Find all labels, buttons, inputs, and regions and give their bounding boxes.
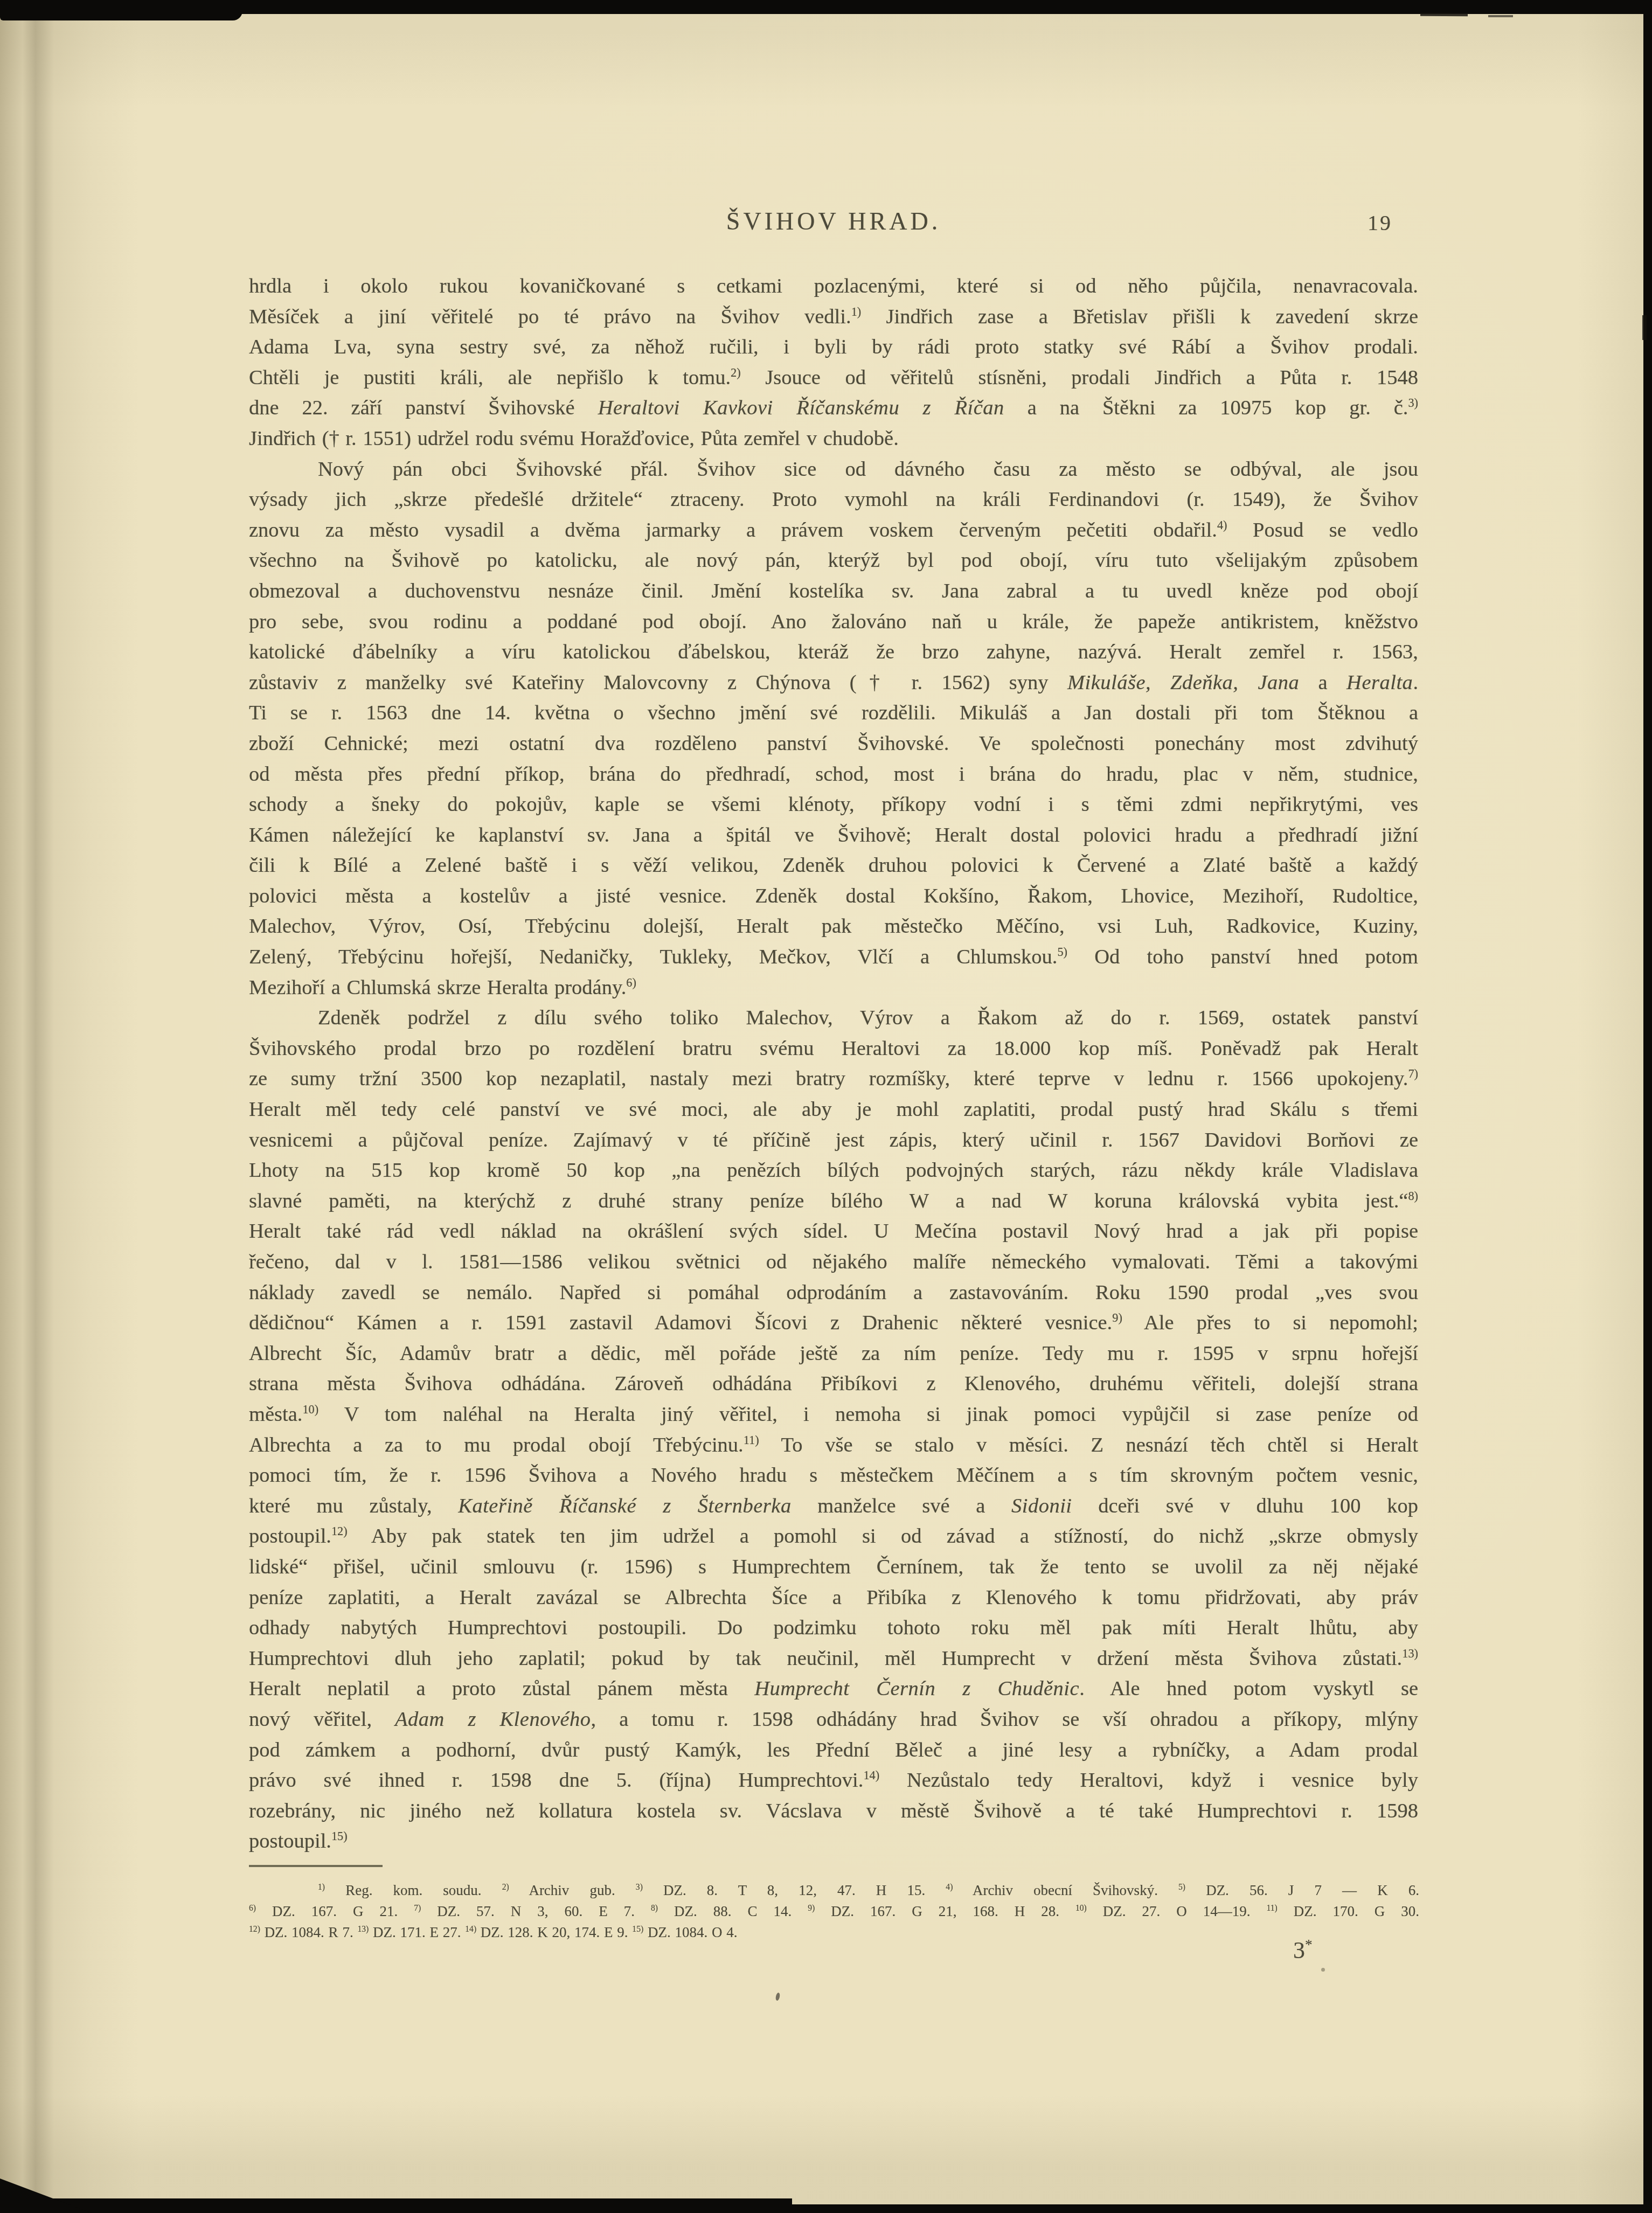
- text-line: peníze zaplatiti, a Heralt zavázal se Al…: [249, 1583, 1418, 1613]
- text-line: pomoci tím, že r. 1596 Švihova a Nového …: [249, 1460, 1418, 1491]
- text-line: čili k Bílé a Zelené baště i s věží veli…: [249, 850, 1418, 881]
- text-line: Mezihoří a Chlumská skrze Heralta prodán…: [249, 973, 1418, 1003]
- text-line: Lhoty na 515 kop kromě 50 kop „na penězí…: [249, 1155, 1418, 1186]
- ink-dot: [1321, 1968, 1325, 1972]
- text-line: Kámen náležející ke kaplanství sv. Jana …: [249, 820, 1418, 851]
- scan-border-top-left: [0, 0, 242, 20]
- text-line: zboží Cehnické; mezi ostatní dva rozděle…: [249, 729, 1418, 759]
- signature-mark: 3*: [1293, 1937, 1313, 1964]
- text-line: 1) Reg. kom. soudu. 2) Archiv gub. 3) DZ…: [249, 1880, 1419, 1901]
- paragraph: Nový pán obci Švihovské přál. Švihov sic…: [249, 454, 1418, 1003]
- text-line: Albrecht Šíc, Adamův bratr a dědic, měl …: [249, 1338, 1418, 1369]
- text-line: Ti se r. 1563 dne 14. května o všechno j…: [249, 698, 1418, 729]
- text-line: odhady nabytých Humprechtovi postoupili.…: [249, 1613, 1418, 1643]
- text-line: polovici města a kostelův a jisté vesnic…: [249, 881, 1418, 912]
- text-line: dědičnou“ Kámen a r. 1591 zastavil Adamo…: [249, 1308, 1418, 1338]
- scan-border-bottom-left: [0, 2198, 792, 2213]
- text-line: znovu za město vysadil a dvěma jarmarky …: [249, 515, 1418, 546]
- text-line: Zelený, Třebýcinu hořejší, Nedaničky, Tu…: [249, 942, 1418, 973]
- text-line: Švihovského prodal brzo po rozdělení bra…: [249, 1033, 1418, 1064]
- footnote-separator-rule: [249, 1865, 383, 1867]
- ink-speck: [775, 1992, 781, 2001]
- text-line: od města přes přední příkop, brána do př…: [249, 759, 1418, 790]
- text-line: řečeno, dal v l. 1581—1586 velikou světn…: [249, 1247, 1418, 1278]
- text-line: 12) DZ. 1084. R 7. 13) DZ. 171. E 27. 14…: [249, 1922, 1419, 1943]
- text-line: Chtěli je pustiti králi, ale nepřišlo k …: [249, 363, 1418, 393]
- text-line: Zdeněk podržel z dílu svého toliko Malec…: [249, 1003, 1418, 1033]
- text-line: Nový pán obci Švihovské přál. Švihov sic…: [249, 454, 1418, 485]
- text-line: schody a šneky do pokojův, kaple se všem…: [249, 789, 1418, 820]
- text-line: 6) DZ. 167. G 21. 7) DZ. 57. N 3, 60. E …: [249, 1901, 1419, 1922]
- scan-artifact-dash: [1488, 15, 1513, 17]
- signature-star: *: [1305, 1937, 1313, 1953]
- footnotes: 1) Reg. kom. soudu. 2) Archiv gub. 3) DZ…: [249, 1880, 1419, 1943]
- text-line: pro sebe, svou rodinu a poddané pod oboj…: [249, 607, 1418, 637]
- text-line: Albrechta a za to mu prodal obojí Třebýc…: [249, 1430, 1418, 1461]
- text-line: postoupil.15): [249, 1826, 1418, 1857]
- scan-border-top: [0, 0, 1652, 14]
- text-line: Adama Lva, syna sestry své, za něhož ruč…: [249, 332, 1418, 363]
- text-line: výsady jich „skrze předešlé držitele“ zt…: [249, 484, 1418, 515]
- text-line: města.10) V tom naléhal na Heralta jiný …: [249, 1399, 1418, 1430]
- text-line: hrdla i okolo rukou kovaničkované s cetk…: [249, 271, 1418, 302]
- text-line: lidské“ přišel, učinil smlouvu (r. 1596)…: [249, 1552, 1418, 1583]
- scanned-book-page: ŠVIHOV HRAD. 19 hrdla i okolo rukou kova…: [0, 0, 1652, 2213]
- text-line: Jindřich († r. 1551) udržel rodu svému H…: [249, 424, 1418, 454]
- paragraph: Zdeněk podržel z dílu svého toliko Malec…: [249, 1003, 1418, 1857]
- text-line: strana města Švihova odhádána. Zároveň o…: [249, 1369, 1418, 1399]
- text-line: slavné paměti, na kterýchž z druhé stran…: [249, 1186, 1418, 1217]
- text-line: Heralt měl tedy celé panství ve své moci…: [249, 1094, 1418, 1125]
- scan-artifact-dash: [1420, 13, 1468, 17]
- text-line: katolické ďábelníky a víru katolickou ďá…: [249, 637, 1418, 668]
- text-line: nový věřitel, Adam z Klenového, a tomu r…: [249, 1704, 1418, 1735]
- text-line: dne 22. září panství Švihovské Heraltovi…: [249, 393, 1418, 424]
- scan-artifact-tick: [1642, 315, 1647, 340]
- text-line: obmezoval a duchovenstvu nesnáze činil. …: [249, 576, 1418, 607]
- text-line: postoupil.12) Aby pak statek ten jim udr…: [249, 1521, 1418, 1552]
- body-text: hrdla i okolo rukou kovaničkované s cetk…: [249, 271, 1418, 1857]
- signature-digit: 3: [1293, 1937, 1305, 1964]
- text-line: právo své ihned r. 1598 dne 5. (října) H…: [249, 1765, 1418, 1796]
- text-line: všechno na Švihově po katolicku, ale nov…: [249, 545, 1418, 576]
- text-line: Heralt také rád vedl náklad na okrášlení…: [249, 1216, 1418, 1247]
- text-line: Heralt neplatil a proto zůstal pánem měs…: [249, 1674, 1418, 1704]
- text-line: ze sumy tržní 3500 kop nezaplatil, nasta…: [249, 1064, 1418, 1094]
- text-line: zůstaviv z manželky své Kateřiny Malovco…: [249, 668, 1418, 698]
- text-line: rozebrány, nic jiného než kollatura kost…: [249, 1796, 1418, 1827]
- text-line: které mu zůstaly, Kateřině Říčanské z Št…: [249, 1491, 1418, 1522]
- page-number: 19: [1368, 210, 1392, 235]
- text-line: Měsíček a jiní věřitelé po té právo na Š…: [249, 302, 1418, 332]
- text-line: Malechov, Výrov, Osí, Třebýcinu dolejší,…: [249, 911, 1418, 942]
- paragraph: hrdla i okolo rukou kovaničkované s cetk…: [249, 271, 1418, 454]
- running-title: ŠVIHOV HRAD.: [249, 207, 1418, 235]
- text-line: pod zámkem a podhorní, dvůr pustý Kamýk,…: [249, 1735, 1418, 1766]
- text-line: náklady zavedl se nemálo. Napřed si pomá…: [249, 1278, 1418, 1308]
- text-line: vesnicemi a půjčoval peníze. Zajímavý v …: [249, 1125, 1418, 1156]
- text-line: Humprechtovi dluh jeho zaplatil; pokud b…: [249, 1643, 1418, 1674]
